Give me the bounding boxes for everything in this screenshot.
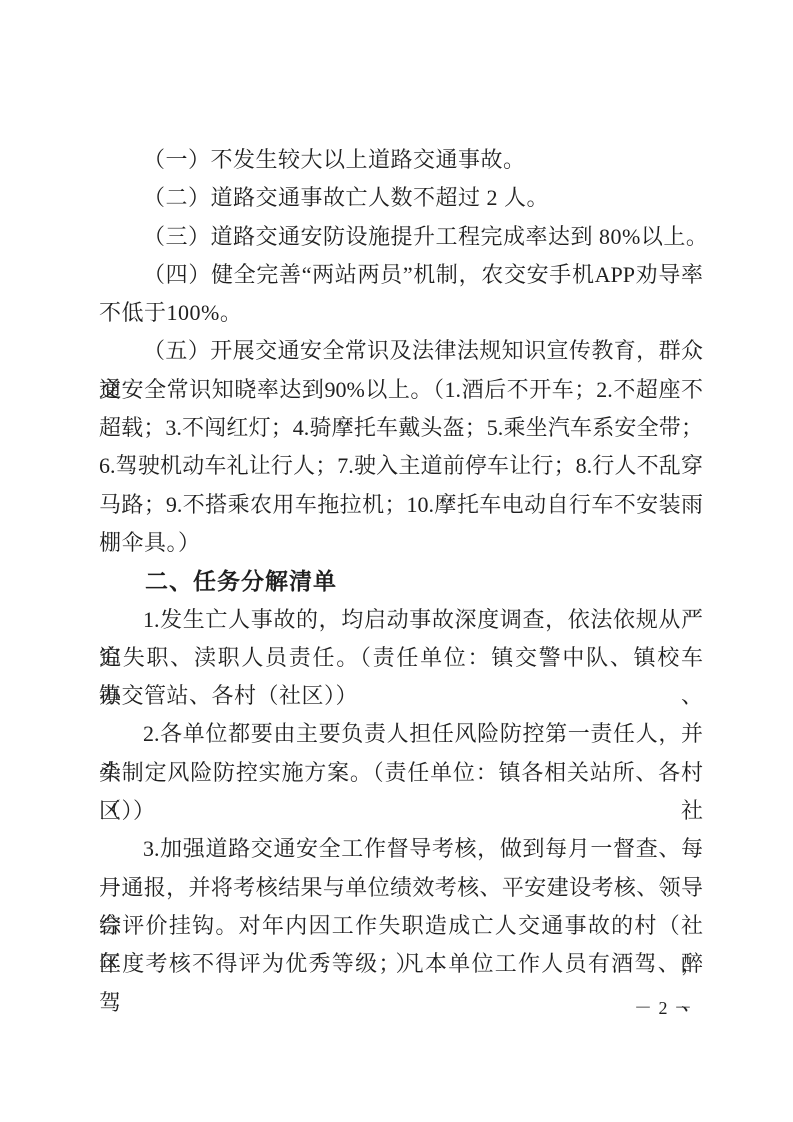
text-line: 一通报，并将考核结果与单位绩效考核、平安建设考核、领导综 bbox=[99, 869, 703, 907]
text-line: （四）健全完善“两站两员”机制，农交安手机APP劝导率 bbox=[99, 256, 703, 294]
text-line: 合评价挂钩。对年内因工作失职造成亡人交通事故的村（社区）， bbox=[99, 907, 703, 945]
text-line: （三）道路交通安防设施提升工程完成率达到 80%以上。 bbox=[99, 218, 703, 256]
document-body: （一）不发生较大以上道路交通事故。（二）道路交通事故亡人数不超过 2 人。（三）… bbox=[99, 141, 703, 984]
text-line: 2.各单位都要由主要负责人担任风险防控第一责任人，并牵 bbox=[99, 715, 703, 753]
paragraph: （一）不发生较大以上道路交通事故。 bbox=[99, 141, 703, 179]
paragraph: （五）开展交通安全常识及法律法规知识宣传教育，群众交通安全常识知晓率达到90%以… bbox=[99, 332, 703, 562]
text-line: 超载；3.不闯红灯；4.骑摩托车戴头盔；5.乘坐汽车系安全带； bbox=[99, 409, 703, 447]
page-number: － 2 － bbox=[634, 997, 693, 1019]
paragraph: 2.各单位都要由主要负责人担任风险防控第一责任人，并牵头制定风险防控实施方案。（… bbox=[99, 715, 703, 830]
heading-line: 二、任务分解清单 bbox=[99, 562, 703, 600]
text-line: 1.发生亡人事故的，均启动事故深度调查，依法依规从严追 bbox=[99, 601, 703, 639]
section-heading: 二、任务分解清单 bbox=[99, 562, 703, 600]
text-line: 6.驾驶机动车礼让行人；7.驶入主道前停车让行；8.行人不乱穿 bbox=[99, 447, 703, 485]
paragraph: （四）健全完善“两站两员”机制，农交安手机APP劝导率不低于100%。 bbox=[99, 256, 703, 333]
text-line: 马路；9.不搭乘农用车拖拉机；10.摩托车电动自行车不安装雨 bbox=[99, 486, 703, 524]
document-page: （一）不发生较大以上道路交通事故。（二）道路交通事故亡人数不超过 2 人。（三）… bbox=[0, 0, 793, 1122]
text-line: （二）道路交通事故亡人数不超过 2 人。 bbox=[99, 179, 703, 217]
paragraph: （三）道路交通安防设施提升工程完成率达到 80%以上。 bbox=[99, 218, 703, 256]
paragraph: 1.发生亡人事故的，均启动事故深度调查，依法依规从严追究失职、渎职人员责任。（责… bbox=[99, 601, 703, 716]
text-line: 年度考核不得评为优秀等级；凡本单位工作人员有酒驾、醉驾、 bbox=[99, 945, 703, 983]
text-line: （五）开展交通安全常识及法律法规知识宣传教育，群众交 bbox=[99, 332, 703, 370]
paragraph: （二）道路交通事故亡人数不超过 2 人。 bbox=[99, 179, 703, 217]
text-line: 究失职、渎职人员责任。（责任单位：镇交警中队、镇校车办、 bbox=[99, 639, 703, 677]
paragraph: 3.加强道路交通安全工作督导考核，做到每月一督查、每月一通报，并将考核结果与单位… bbox=[99, 830, 703, 983]
text-line: 棚伞具。） bbox=[99, 524, 703, 562]
text-line: （一）不发生较大以上道路交通事故。 bbox=[99, 141, 703, 179]
text-line: 通安全常识知晓率达到90%以上。（1.酒后不开车；2.不超座不 bbox=[99, 371, 703, 409]
text-line: 3.加强道路交通安全工作督导考核，做到每月一督查、每月 bbox=[99, 830, 703, 868]
text-line: 不低于100%。 bbox=[99, 294, 703, 332]
text-line: 头制定风险防控实施方案。（责任单位：镇各相关站所、各村（社 bbox=[99, 754, 703, 792]
